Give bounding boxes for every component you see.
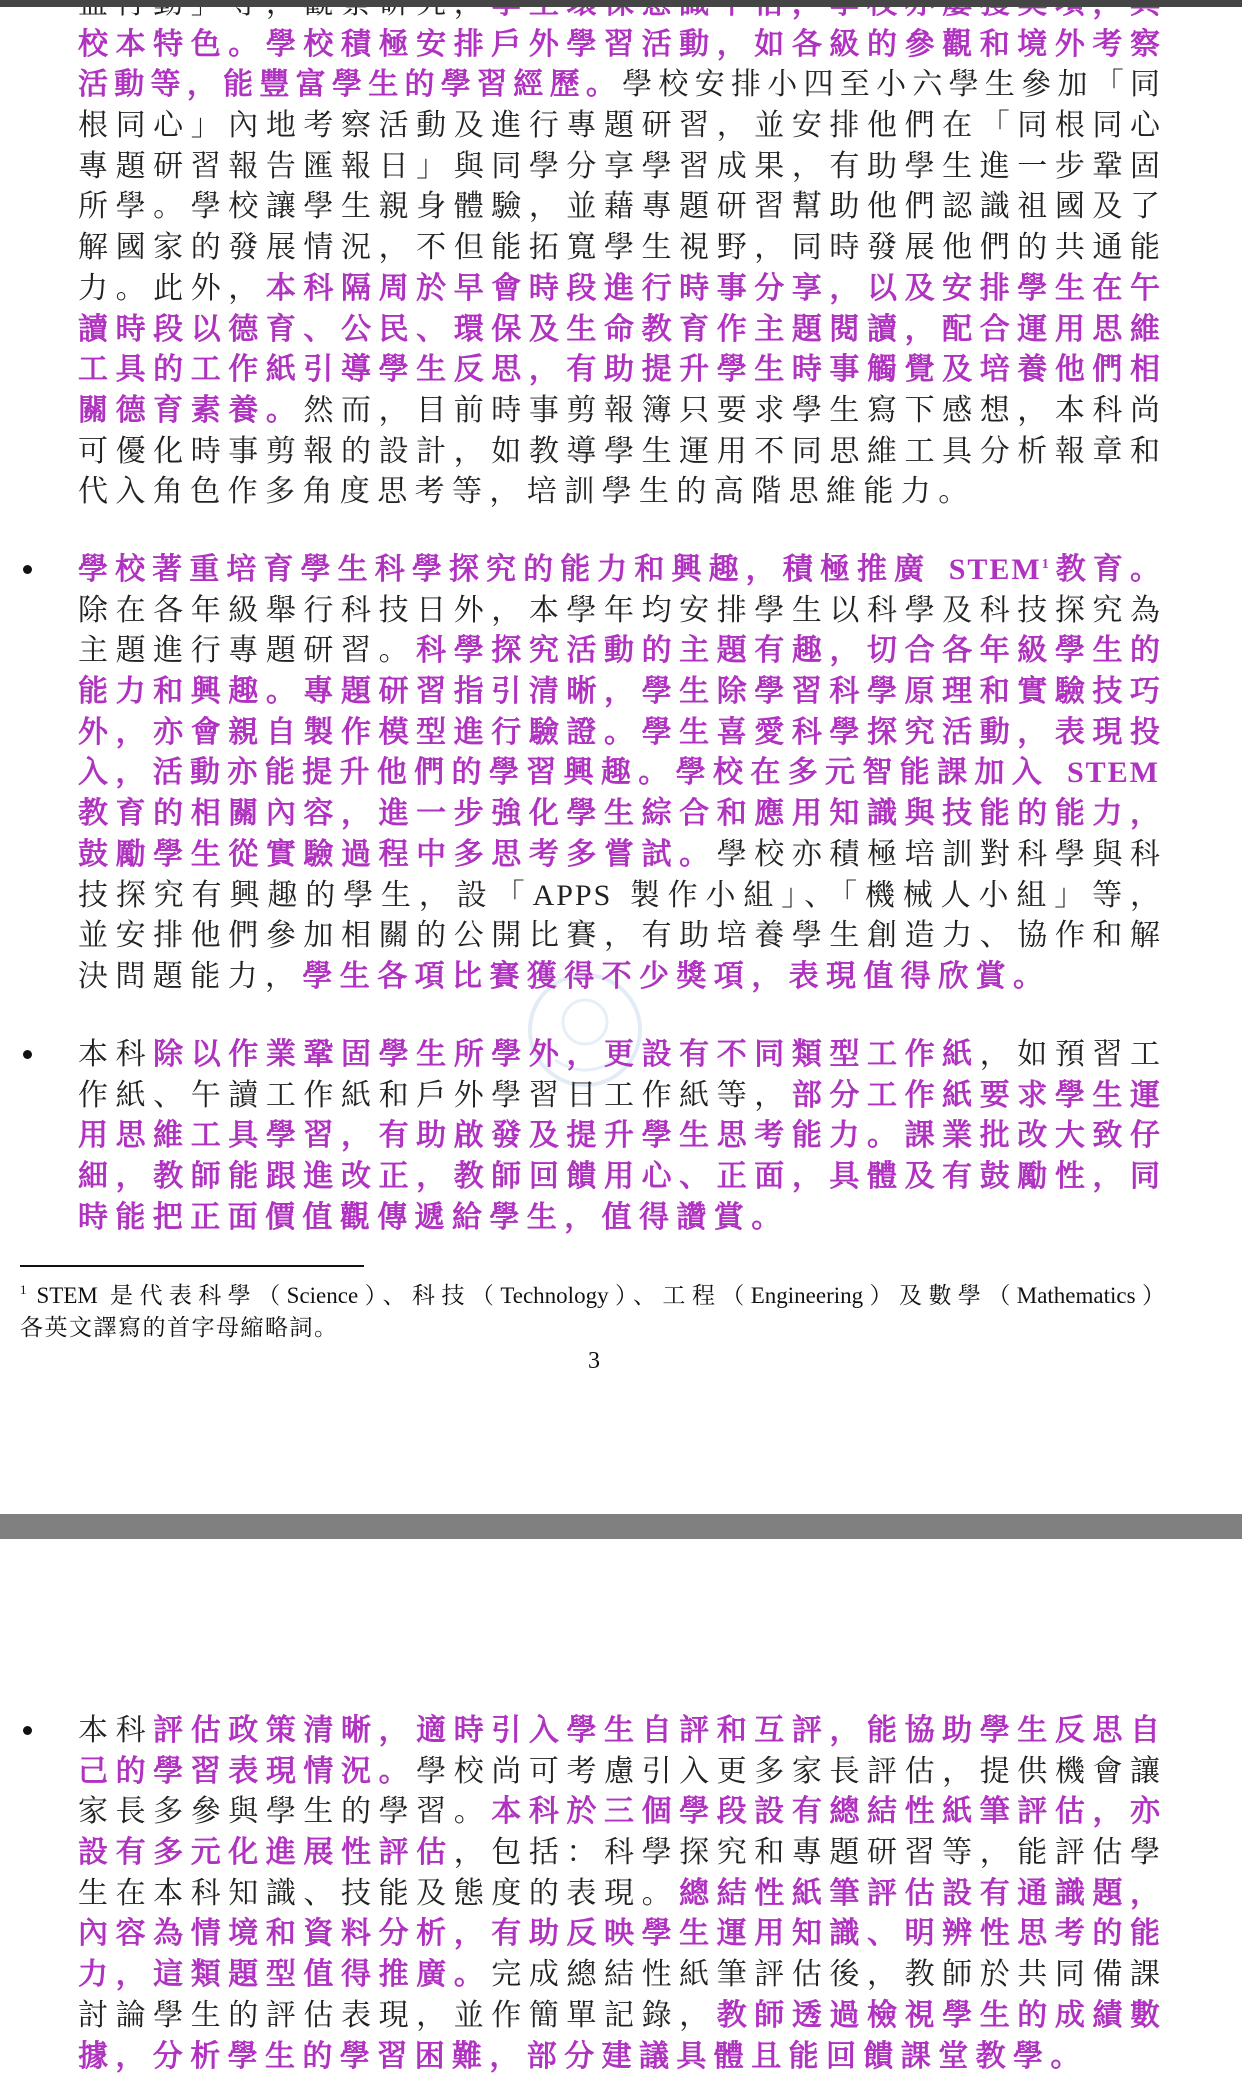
text-line: 技探究有興趣的學生，設「APPS 製作小組」、「機械人小組」等， bbox=[78, 876, 1160, 917]
highlighted-text: 讀時段以德育、公民、環保及生命教育作主題閱讀，配合運用思維 bbox=[78, 312, 1160, 347]
text-line: 代入角色作多角度思考等，培訓學生的高階思維能力。 bbox=[78, 472, 1160, 513]
body-text: 主題進行專題研習。 bbox=[78, 633, 416, 668]
text-line: 己的學習表現情況。學校尚可考慮引入更多家長評估，提供機會讓 bbox=[78, 1752, 1160, 1793]
highlighted-text: 本科於三個學段設有總結性紙筆評估，亦 bbox=[491, 1794, 1160, 1829]
highlighted-text: 評估政策清晰，適時引入學生自評和互評，能協助學生反思自 bbox=[153, 1713, 1160, 1748]
highlighted-text: 關德育素養。 bbox=[78, 393, 303, 428]
highlighted-text: 細，教師能跟進改正，教師回饋用心、正面，具體及有鼓勵性，同 bbox=[78, 1159, 1160, 1194]
text-line: 活動等，能豐富學生的學習經歷。學校安排小四至小六學生參加「同 bbox=[78, 65, 1160, 106]
highlighted-text: 科學探究活動的主題有趣，切合各年級學生的 bbox=[416, 633, 1160, 668]
text-line: 力，這類題型值得推廣。完成總結性紙筆評估後，教師於共同備課 bbox=[78, 1955, 1160, 1996]
footnote-text: STEM 是代表科學（Science）、科技（Technology）、工程（En… bbox=[37, 1283, 1166, 1308]
body-text: 本科 bbox=[78, 1037, 153, 1072]
footnote-line: 1STEM 是代表科學（Science）、科技（Technology）、工程（E… bbox=[20, 1281, 1165, 1311]
footnote-text: 各英文譯寫的首字母縮略詞。 bbox=[20, 1315, 339, 1340]
body-text: 家長多參與學生的學習。 bbox=[78, 1794, 491, 1829]
text-line: 入，活動亦能提升他們的學習興趣。學校在多元智能課加入 STEM bbox=[78, 753, 1160, 794]
highlighted-text: 入，活動亦能提升他們的學習興趣。學校在多元智能課加入 bbox=[78, 755, 1067, 790]
text-line: 並安排他們參加相關的公開比賽，有助培養學生創造力、協作和解 bbox=[78, 916, 1160, 957]
body-text: 技探究有興趣的學生，設「 bbox=[78, 878, 533, 913]
highlighted-text: 設有多元化進展性評估 bbox=[78, 1835, 454, 1870]
text-line: 時能把正面價值觀傳遞給學生，值得讚賞。 bbox=[78, 1198, 1160, 1239]
body-text: 可優化時事剪報的設計，如教導學生運用不同思維工具分析報章和 bbox=[78, 434, 1160, 469]
body-text: 根同心」內地考察活動及進行專題研習，並安排他們在「同根同心 bbox=[78, 108, 1160, 143]
text-line: 作紙、午讀工作紙和戶外學習日工作紙等，部分工作紙要求學生運 bbox=[78, 1076, 1160, 1117]
text-line: 決問題能力，學生各項比賽獲得不少獎項，表現值得欣賞。 bbox=[78, 957, 1160, 998]
highlighted-text: 總結性紙筆評估設有通識題， bbox=[679, 1876, 1160, 1911]
body-text: 力。此外， bbox=[78, 271, 266, 306]
highlighted-text: 內容為情境和資料分析，有助反映學生運用知識、明辨性思考的能 bbox=[78, 1916, 1160, 1951]
text-line: 家長多參與學生的學習。本科於三個學段設有總結性紙筆評估，亦 bbox=[78, 1792, 1160, 1833]
highlighted-text: 教師透過檢視學生的成績數 bbox=[717, 1998, 1160, 2033]
body-text: 專題研習報告匯報日」與同學分享學習成果，有助學生進一步鞏固 bbox=[78, 149, 1160, 184]
highlighted-text: STEM bbox=[1067, 756, 1160, 789]
body-text: ，如預習工 bbox=[980, 1037, 1160, 1072]
highlighted-text: 除以作業鞏固學生所學外，更設有不同類型工作紙 bbox=[153, 1037, 980, 1072]
text-line: 所學。學校讓學生親身體驗，並藉專題研習幫助他們認識祖國及了 bbox=[78, 187, 1160, 228]
highlighted-text: 部分工作紙要求學生運 bbox=[792, 1078, 1160, 1113]
text-line: 據，分析學生的學習困難，部分建議具體且能回饋課堂教學。 bbox=[78, 2037, 1160, 2078]
text-line: 內容為情境和資料分析，有助反映學生運用知識、明辨性思考的能 bbox=[78, 1914, 1160, 1955]
text-line: 外，亦會親自製作模型進行驗證。學生喜愛科學探究活動，表現投 bbox=[78, 713, 1160, 754]
text-line: 根同心」內地考察活動及進行專題研習，並安排他們在「同根同心 bbox=[78, 106, 1160, 147]
text-line: 讀時段以德育、公民、環保及生命教育作主題閱讀，配合運用思維 bbox=[78, 310, 1160, 351]
body-text: 完成總結性紙筆評估後，教師於共同備課 bbox=[491, 1957, 1160, 1992]
text-line: 解國家的發展情況，不但能拓寬學生視野，同時發展他們的共通能 bbox=[78, 228, 1160, 269]
body-text: 討論學生的評估表現，並作簡單記錄， bbox=[78, 1998, 717, 2033]
body-text: 除在各年級舉行科技日外，本學年均安排學生以科學及科技探究為 bbox=[78, 593, 1160, 628]
highlighted-text: 外，亦會親自製作模型進行驗證。學生喜愛科學探究活動，表現投 bbox=[78, 715, 1160, 750]
text-line: 可優化時事剪報的設計，如教導學生運用不同思維工具分析報章和 bbox=[78, 432, 1160, 473]
bullet-paragraph-worksheets: 本科除以作業鞏固學生所學外，更設有不同類型工作紙，如預習工 作紙、午讀工作紙和戶… bbox=[78, 1035, 1160, 1238]
text-line: 主題進行專題研習。科學探究活動的主題有趣，切合各年級學生的 bbox=[78, 631, 1160, 672]
highlighted-text: 本科隔周於早會時段進行時事分享，以及安排學生在午 bbox=[266, 271, 1160, 306]
footnote-separator bbox=[20, 1265, 364, 1267]
text-line: 關德育素養。然而，目前時事剪報簿只要求學生寫下感想，本科尚 bbox=[78, 391, 1160, 432]
bullet-icon bbox=[23, 1050, 32, 1059]
highlighted-text: STEM bbox=[949, 553, 1042, 586]
bullet-icon bbox=[23, 565, 32, 574]
body-text: 並安排他們參加相關的公開比賽，有助培養學生創造力、協作和解 bbox=[78, 918, 1160, 953]
text-line: 本科評估政策清晰，適時引入學生自評和互評，能協助學生反思自 bbox=[78, 1711, 1160, 1752]
highlighted-text: 教育。 bbox=[1049, 552, 1160, 587]
text-line: 學校著重培育學生科學探究的能力和興趣，積極推廣 STEM1教育。 bbox=[78, 550, 1160, 591]
text-line: 教育的相關內容，進一步強化學生綜合和應用知識與技能的能力， bbox=[78, 794, 1160, 835]
highlighted-text: 工具的工作紙引導學生反思，有助提升學生時事觸覺及培養他們相 bbox=[78, 352, 1160, 387]
text-line: 鼓勵學生從實驗過程中多思考多嘗試。學校亦積極培訓對科學與科 bbox=[78, 835, 1160, 876]
highlighted-text: 學生各項比賽獲得不少獎項，表現值得欣賞。 bbox=[302, 959, 1050, 994]
body-text: APPS bbox=[533, 879, 613, 912]
footnote-reference[interactable]: 1 bbox=[1042, 557, 1049, 572]
highlighted-text: 鼓勵學生從實驗過程中多思考多嘗試。 bbox=[78, 837, 717, 872]
body-text: 決問題能力， bbox=[78, 959, 302, 994]
text-line: 用思維工具學習，有助啟發及提升學生思考能力。課業批改大致仔 bbox=[78, 1116, 1160, 1157]
highlighted-text: 學校著重培育學生科學探究的能力和興趣，積極推廣 bbox=[78, 552, 949, 587]
text-line: 設有多元化進展性評估，包括：科學探究和專題研習等，能評估學 bbox=[78, 1833, 1160, 1874]
text-line: 除在各年級舉行科技日外，本學年均安排學生以科學及科技探究為 bbox=[78, 591, 1160, 632]
page-number: 3 bbox=[0, 1346, 1188, 1376]
body-text: 學校尚可考慮引入更多家長評估，提供機會讓 bbox=[416, 1754, 1160, 1789]
highlighted-text: 時能把正面價值觀傳遞給學生，值得讚賞。 bbox=[78, 1200, 789, 1235]
bullet-paragraph-stem: 學校著重培育學生科學探究的能力和興趣，積極推廣 STEM1教育。 除在各年級舉行… bbox=[78, 550, 1160, 998]
highlighted-text: 力，這類題型值得推廣。 bbox=[78, 1957, 491, 1992]
paragraph-continued: 盃行動」等，觀察研究，學生環保意識不俗，學校亦屢獲獎項，具 校本特色。學校積極安… bbox=[78, 0, 1160, 513]
highlighted-text: 據，分析學生的學習困難，部分建議具體且能回饋課堂教學。 bbox=[78, 2039, 1088, 2074]
body-text: 作紙、午讀工作紙和戶外學習日工作紙等， bbox=[78, 1078, 792, 1113]
viewer-top-bar bbox=[0, 0, 1242, 7]
body-text: 代入角色作多角度思考等，培訓學生的高階思維能力。 bbox=[78, 474, 976, 509]
text-line: 校本特色。學校積極安排戶外學習活動，如各級的參觀和境外考察 bbox=[78, 25, 1160, 66]
text-line: 本科除以作業鞏固學生所學外，更設有不同類型工作紙，如預習工 bbox=[78, 1035, 1160, 1076]
body-text: ，包括：科學探究和專題研習等，能評估學 bbox=[454, 1835, 1160, 1870]
bullet-icon bbox=[23, 1726, 32, 1735]
text-line: 力。此外，本科隔周於早會時段進行時事分享，以及安排學生在午 bbox=[78, 269, 1160, 310]
body-text: 然而，目前時事剪報簿只要求學生寫下感想，本科尚 bbox=[303, 393, 1160, 428]
body-text: 解國家的發展情況，不但能拓寬學生視野，同時發展他們的共通能 bbox=[78, 230, 1160, 265]
text-line: 生在本科知識、技能及態度的表現。總結性紙筆評估設有通識題， bbox=[78, 1874, 1160, 1915]
page-separator bbox=[0, 1514, 1242, 1539]
highlighted-text: 己的學習表現情況。 bbox=[78, 1754, 416, 1789]
highlighted-text: 活動等，能豐富學生的學習經歷。 bbox=[78, 67, 622, 102]
body-text: 學校亦積極培訓對科學與科 bbox=[717, 837, 1160, 872]
text-line: 討論學生的評估表現，並作簡單記錄，教師透過檢視學生的成績數 bbox=[78, 1996, 1160, 2037]
footnote-line: 各英文譯寫的首字母縮略詞。 bbox=[20, 1313, 339, 1343]
text-line: 細，教師能跟進改正，教師回饋用心、正面，具體及有鼓勵性，同 bbox=[78, 1157, 1160, 1198]
body-text: 本科 bbox=[78, 1713, 153, 1748]
body-text: 生在本科知識、技能及態度的表現。 bbox=[78, 1876, 679, 1911]
body-text: 學校安排小四至小六學生參加「同 bbox=[622, 67, 1160, 102]
highlighted-text: 教育的相關內容，進一步強化學生綜合和應用知識與技能的能力， bbox=[78, 796, 1160, 831]
text-line: 工具的工作紙引導學生反思，有助提升學生時事觸覺及培養他們相 bbox=[78, 350, 1160, 391]
highlighted-text: 用思維工具學習，有助啟發及提升學生思考能力。課業批改大致仔 bbox=[78, 1118, 1160, 1153]
highlighted-text: 校本特色。學校積極安排戶外學習活動，如各級的參觀和境外考察 bbox=[78, 27, 1160, 62]
body-text: 製作小組」、「機械人小組」等， bbox=[612, 878, 1160, 913]
body-text: 所學。學校讓學生親身體驗，並藉專題研習幫助他們認識祖國及了 bbox=[78, 189, 1160, 224]
bullet-paragraph-assessment: 本科評估政策清晰，適時引入學生自評和互評，能協助學生反思自 己的學習表現情況。學… bbox=[78, 1711, 1160, 2077]
text-line: 能力和興趣。專題研習指引清晰，學生除學習科學原理和實驗技巧 bbox=[78, 672, 1160, 713]
highlighted-text: 能力和興趣。專題研習指引清晰，學生除學習科學原理和實驗技巧 bbox=[78, 674, 1160, 709]
footnote-marker: 1 bbox=[20, 1282, 27, 1297]
text-line: 專題研習報告匯報日」與同學分享學習成果，有助學生進一步鞏固 bbox=[78, 147, 1160, 188]
